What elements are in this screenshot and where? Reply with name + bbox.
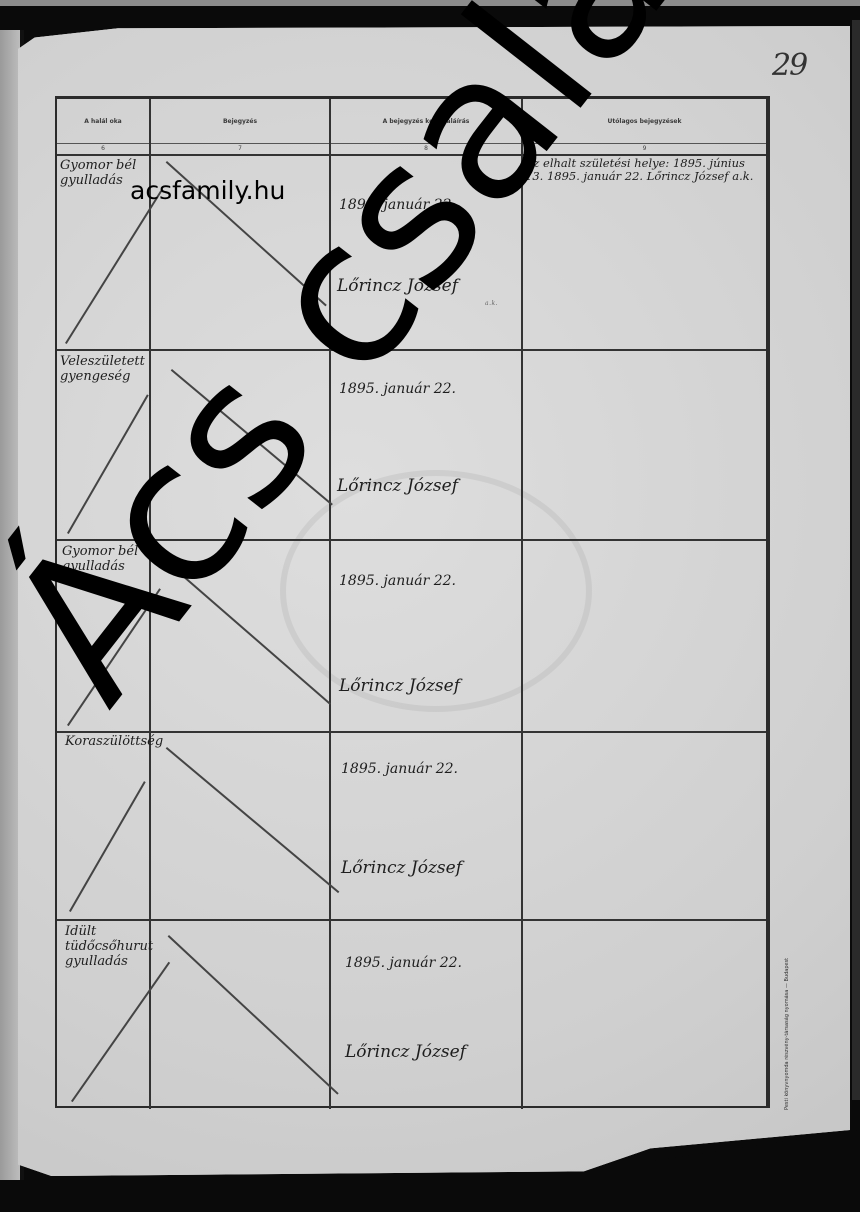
- row-divider: [57, 731, 766, 733]
- entry-date: 1895. január 22.: [339, 573, 456, 589]
- watermark-url: acsfamily.hu: [130, 176, 285, 205]
- entry-date: 1895. január 22.: [345, 955, 462, 971]
- column-number: 6: [57, 145, 149, 153]
- column-number: 7: [151, 145, 329, 153]
- registrar-signature: Lőrincz József: [341, 859, 462, 879]
- cancel-stroke: [166, 747, 339, 893]
- column-header-entry: Bejegyzés: [151, 99, 329, 143]
- registrar-signature: Lőrincz József: [339, 677, 460, 697]
- entry-date: 1895. január 22.: [341, 761, 458, 777]
- cause-of-death: Koraszülöttség: [65, 735, 151, 750]
- printer-imprint: Pesti könyvnyomda részvény-társaság nyom…: [784, 795, 794, 1110]
- row-divider: [57, 919, 766, 921]
- column-header-cause: A halál oka: [57, 99, 149, 143]
- page-number: 29: [772, 48, 806, 83]
- cancel-stroke: [69, 781, 145, 912]
- cancel-stroke: [168, 935, 339, 1094]
- cancel-stroke: [65, 190, 162, 343]
- page-right-edge: [852, 20, 860, 1100]
- cancel-stroke: [71, 962, 170, 1102]
- cause-of-death: Idült tüdőcsőhurut gyulladás: [65, 925, 151, 970]
- registrar-signature: Lőrincz József: [337, 477, 458, 497]
- registrar-signature: Lőrincz József: [345, 1043, 466, 1063]
